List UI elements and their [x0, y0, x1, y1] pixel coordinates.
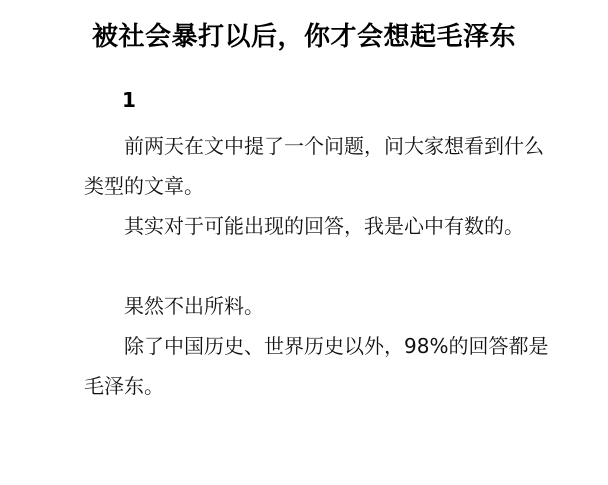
article-title: 被社会暴打以后，你才会想起毛泽东 [0, 16, 608, 53]
paragraph-2: 其实对于可能出现的回答，我是心中有数的。 [84, 206, 554, 246]
paragraph-3: 果然不出所料。 [84, 286, 554, 326]
section-number: 1 [122, 88, 136, 112]
paragraph-1: 前两天在文中提了一个问题，问大家想看到什么类型的文章。 [84, 126, 554, 206]
paragraph-4: 除了中国历史、世界历史以外，98%的回答都是毛泽东。 [84, 326, 554, 406]
